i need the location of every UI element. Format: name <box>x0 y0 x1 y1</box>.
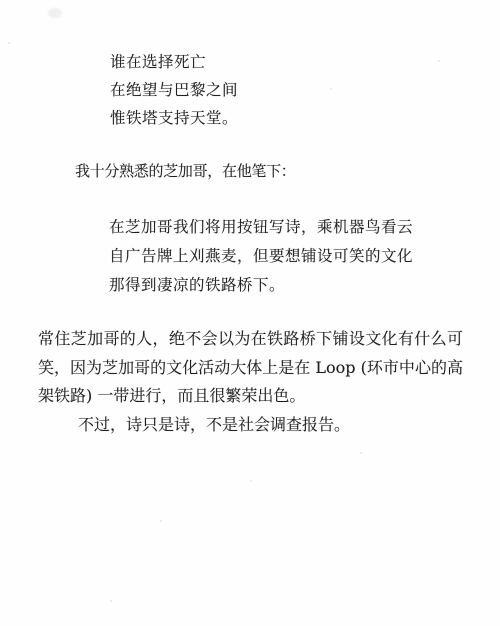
paragraph-line-1: 常住芝加哥的人，绝不会以为在铁路桥下铺设文化有什么可 <box>38 325 463 354</box>
scan-smudge <box>48 8 62 18</box>
poem-line-4: 在芝加哥我们将用按钮写诗，乘机器鸟看云 <box>109 213 413 242</box>
poem-line-1: 谁在选择死亡 <box>110 48 238 76</box>
paragraph-line-2: 笑，因为芝加哥的文化活动大体上是在 Loop (环市中心的高 <box>38 354 463 383</box>
scanned-page: 谁在选择死亡 在绝望与巴黎之间 惟铁塔支持天堂。 我十分熟悉的芝加哥，在他笔下：… <box>0 0 500 626</box>
paragraph-line-3: 架铁路) 一带进行，而且很繁荣出色。 <box>38 382 463 411</box>
closing-line: 不过，诗只是诗，不是社会调查报告。 <box>38 411 463 440</box>
poem-stanza-2: 在芝加哥我们将用按钮写诗，乘机器鸟看云 自广告牌上刈燕麦，但要想铺设可笑的文化 … <box>109 213 413 300</box>
poem-line-3: 惟铁塔支持天堂。 <box>110 104 238 132</box>
scan-speck <box>438 60 440 62</box>
intro-line: 我十分熟悉的芝加哥，在他笔下： <box>75 157 296 185</box>
scan-speck <box>160 520 162 522</box>
poem-stanza-1: 谁在选择死亡 在绝望与巴黎之间 惟铁塔支持天堂。 <box>110 48 238 132</box>
scan-speck <box>330 88 332 90</box>
poem-line-5: 自广告牌上刈燕麦，但要想铺设可笑的文化 <box>109 242 413 271</box>
scan-speck <box>8 42 10 44</box>
scan-speck <box>250 480 252 482</box>
scan-speck <box>360 452 362 454</box>
poem-line-2: 在绝望与巴黎之间 <box>110 76 238 104</box>
poem-line-6: 那得到凄凉的铁路桥下。 <box>109 271 413 300</box>
commentary-paragraph: 常住芝加哥的人，绝不会以为在铁路桥下铺设文化有什么可 笑，因为芝加哥的文化活动大… <box>38 325 463 439</box>
scan-speck <box>110 600 112 602</box>
